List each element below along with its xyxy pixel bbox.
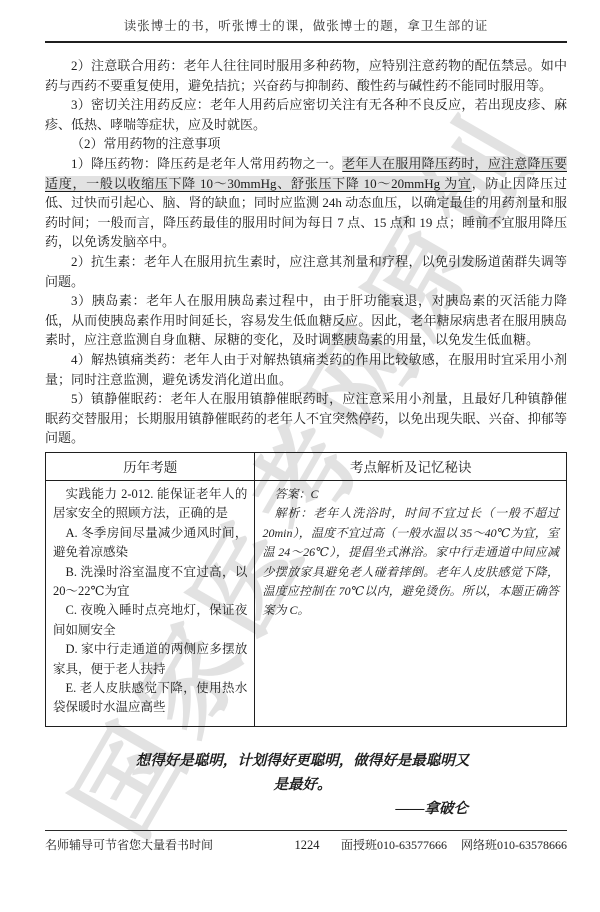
column-header-analysis: 考点解析及记忆秘诀 (255, 452, 567, 480)
footer-slogan: 名师辅导可节省您大量看书时间 (45, 836, 213, 853)
section-heading-common-drugs: （2）常用药物的注意事项 (45, 134, 567, 154)
explanation-text: 解析：老年人洗浴时，时间不宜过长（一般不超过 20min），温度不宜过高（一般水… (262, 504, 559, 620)
quote-author: ——拿破仑 (133, 797, 472, 821)
option-a: A. 冬季房间尽量减少通风时间，避免着凉感染 (53, 524, 247, 563)
body-text: 2）注意联合用药：老年人往往同时服用多种药物，应特别注意药物的配伍禁忌。如中药与… (45, 56, 567, 448)
motivational-quote: 想得好是聪明，计划得好更聪明，做得好是最聪明又是最好。 ——拿破仑 (133, 749, 472, 821)
footer-phone-online: 网络班010-63578666 (461, 836, 567, 853)
paragraph-drug-reaction: 3）密切关注用药反应：老年人用药后应密切关注有无各种不良反应，若出现皮疹、麻疹、… (45, 95, 567, 134)
quote-text: 想得好是聪明，计划得好更聪明，做得好是最聪明又是最好。 (133, 749, 472, 797)
page-header-slogan: 读张博士的书，听张博士的课，做张博士的题，拿卫生部的证 (45, 16, 567, 34)
analysis-cell: 答案：C 解析：老年人洗浴时，时间不宜过长（一般不超过 20min），温度不宜过… (255, 480, 567, 726)
option-b: B. 洗澡时浴室温度不宜过高，以 20～22℃为宜 (53, 563, 247, 602)
page-footer: 名师辅导可节省您大量看书时间 1224 面授班010-63577666 网络班0… (45, 830, 567, 853)
paragraph-antipyretic: 4）解热镇痛类药：老年人由于对解热镇痛类药的作用比较敏感，在服用时宜采用小剂量；… (45, 350, 567, 389)
table-header-row: 历年考题 考点解析及记忆秘诀 (46, 452, 567, 480)
option-d: D. 家中行走通道的两侧应多摆放家具，便于老人扶持 (53, 640, 247, 679)
document-page: 读张博士的书，听张博士的课，做张博士的题，拿卫生部的证 2）注意联合用药：老年人… (0, 0, 600, 912)
paragraph-antihypertensive: 1）降压药物：降压药是老年人常用药物之一。老年人在服用降压药时，应注意降压要适度… (45, 154, 567, 252)
paragraph-sedatives: 5）镇静催眠药：老年人在服用镇静催眠药时，应注意采用小剂量，且最好几种镇静催眠药… (45, 389, 567, 448)
option-e: E. 老人皮肤感觉下降，使用热水袋保暖时水温应高些 (53, 679, 247, 718)
question-stem: 实践能力 2-012. 能保证老年人的居家安全的照顾方法，正确的是 (53, 485, 247, 524)
paragraph-combined-medication: 2）注意联合用药：老年人往往同时服用多种药物，应特别注意药物的配伍禁忌。如中药与… (45, 56, 567, 95)
table-content-row: 实践能力 2-012. 能保证老年人的居家安全的照顾方法，正确的是 A. 冬季房… (46, 480, 567, 726)
antihypertensive-lead: 1）降压药物：降压药是老年人常用药物之一。 (71, 156, 342, 171)
footer-contacts: 面授班010-63577666 网络班010-63578666 (341, 836, 567, 853)
header-divider (45, 41, 567, 43)
column-header-past-questions: 历年考题 (46, 452, 255, 480)
question-cell: 实践能力 2-012. 能保证老年人的居家安全的照顾方法，正确的是 A. 冬季房… (46, 480, 255, 726)
answer-line: 答案：C (262, 485, 559, 504)
option-c: C. 夜晚入睡时点亮地灯，保证夜间如厕安全 (53, 601, 247, 640)
exam-question-table: 历年考题 考点解析及记忆秘诀 实践能力 2-012. 能保证老年人的居家安全的照… (45, 452, 567, 727)
paragraph-insulin: 3）胰岛素：老年人在服用胰岛素过程中，由于肝功能衰退，对胰岛素的灭活能力降低，从… (45, 291, 567, 350)
paragraph-antibiotics: 2）抗生素：老年人在服用抗生素时，应注意其剂量和疗程，以免引发肠道菌群失调等问题… (45, 252, 567, 291)
page-number: 1224 (213, 838, 341, 853)
footer-phone-inperson: 面授班010-63577666 (341, 836, 447, 853)
